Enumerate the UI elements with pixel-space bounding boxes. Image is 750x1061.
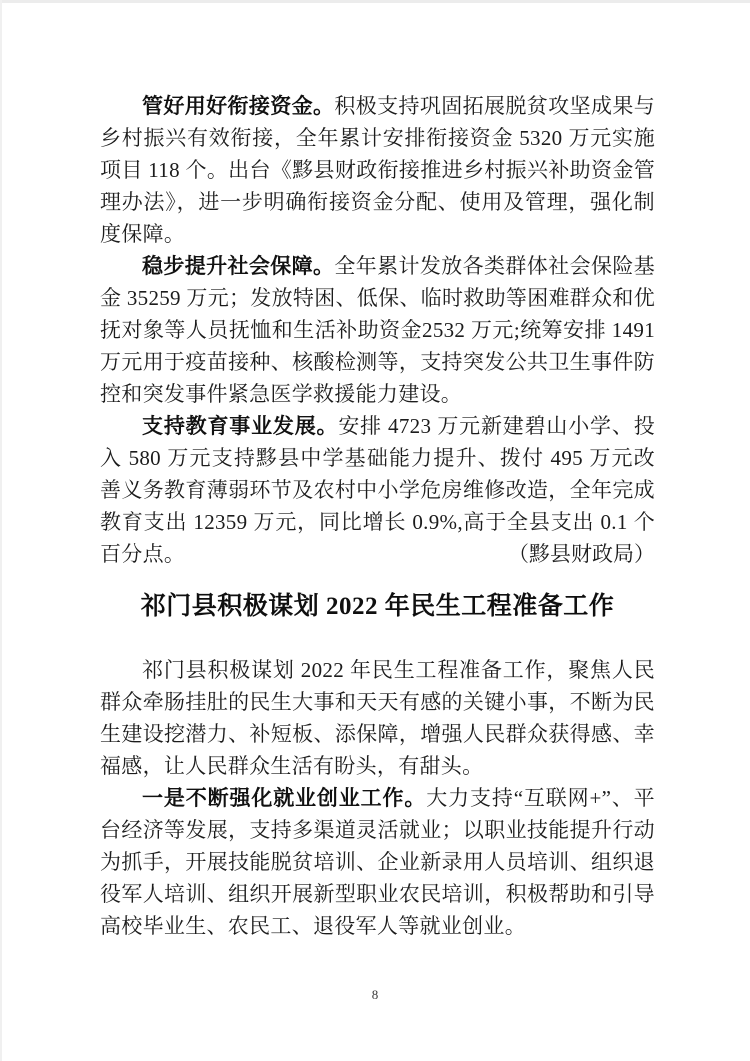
paragraph-lead: 管好用好衔接资金。	[142, 94, 334, 118]
paragraph-lead: 一是不断强化就业创业工作。	[142, 786, 426, 810]
scan-edge-left-artifact	[0, 0, 2, 1061]
paragraph: 祁门县积极谋划 2022 年民生工程准备工作，聚焦人民群众牵肠挂肚的民生大事和天…	[100, 654, 655, 782]
document-page: 管好用好衔接资金。积极支持巩固拓展脱贫攻坚成果与乡村振兴有效衔接，全年累计安排衔…	[0, 0, 750, 1061]
paragraph-text: 祁门县积极谋划 2022 年民生工程准备工作，聚焦人民群众牵肠挂肚的民生大事和天…	[100, 658, 655, 778]
paragraph: 一是不断强化就业创业工作。大力支持“互联网+”、平台经济等发展，支持多渠道灵活就…	[100, 782, 655, 942]
paragraph: 稳步提升社会保障。全年累计发放各类群体社会保险基金 35259 万元；发放特困、…	[100, 250, 655, 410]
paragraph: 管好用好衔接资金。积极支持巩固拓展脱贫攻坚成果与乡村振兴有效衔接，全年累计安排衔…	[100, 90, 655, 250]
article-title: 祁门县积极谋划 2022 年民生工程准备工作	[100, 588, 655, 626]
article-yixian-finance: 管好用好衔接资金。积极支持巩固拓展脱贫攻坚成果与乡村振兴有效衔接，全年累计安排衔…	[100, 90, 655, 570]
article-qimen-livelihood: 祁门县积极谋划 2022 年民生工程准备工作 祁门县积极谋划 2022 年民生工…	[100, 588, 655, 942]
paragraph-lead: 支持教育事业发展。	[142, 414, 338, 438]
scan-edge-top-artifact	[0, 0, 750, 3]
page-number: 8	[0, 987, 750, 1003]
paragraph-lead: 稳步提升社会保障。	[142, 254, 334, 278]
